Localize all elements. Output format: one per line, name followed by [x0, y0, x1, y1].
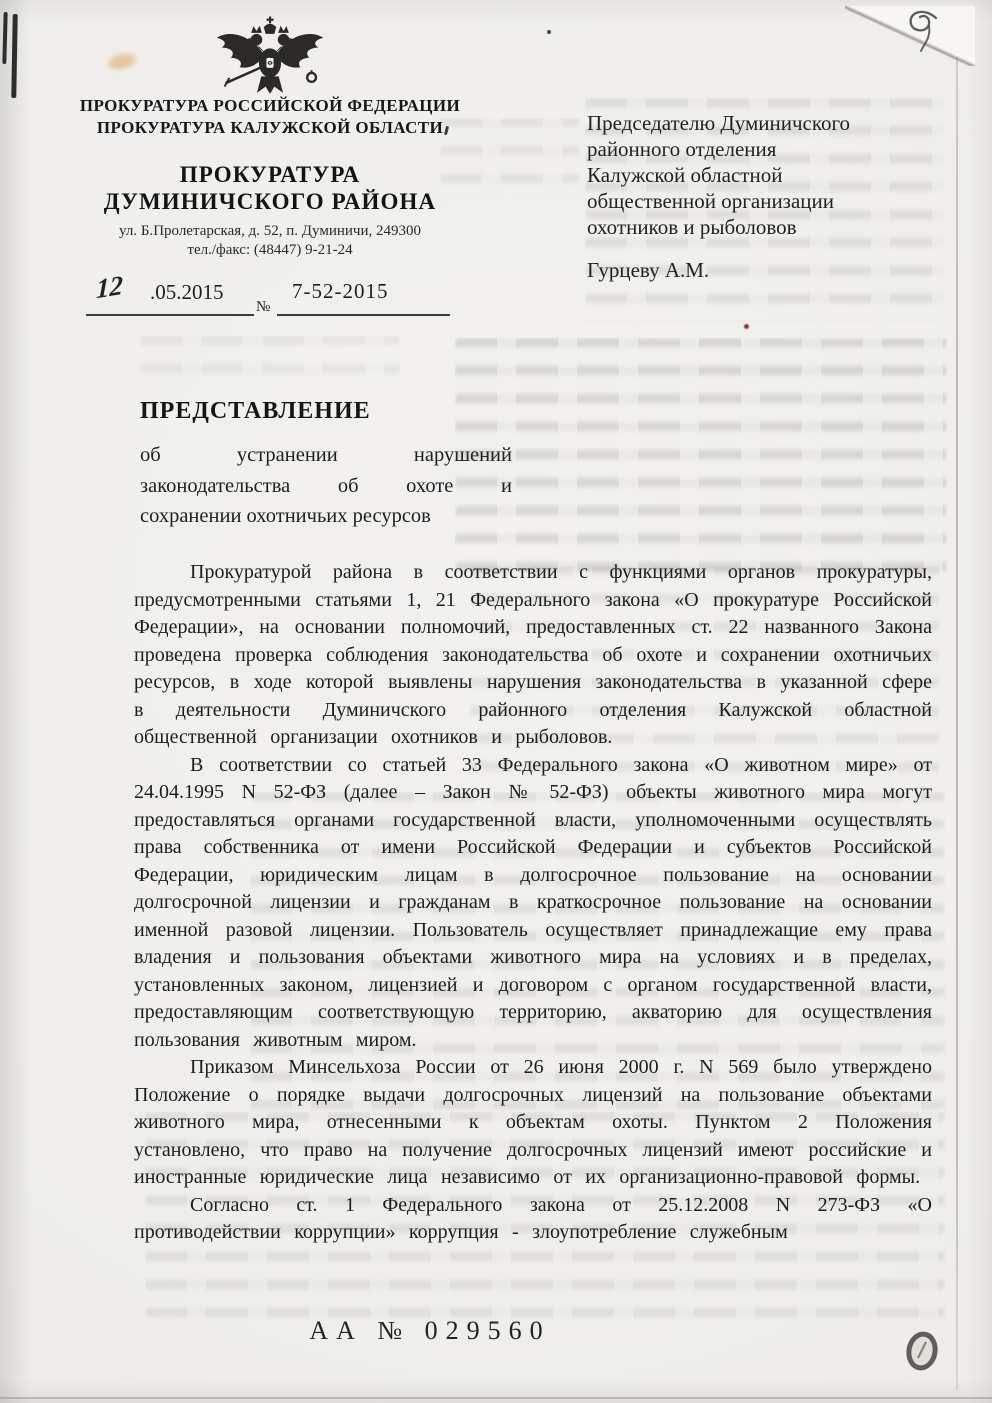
- number-sign: №: [256, 299, 270, 316]
- body-paragraph: Согласно ст. 1 Федерального закона от 25…: [134, 1192, 932, 1247]
- office-phone: тел./факс: (48447) 9-21-24: [58, 241, 482, 260]
- document-title: ПРЕДСТАВЛЕНИЕ: [140, 398, 371, 425]
- page-fold-line: [956, 28, 958, 1390]
- pen-squiggle-mark: [900, 6, 948, 65]
- bleedthrough-texture: [140, 336, 400, 388]
- letterhead: ПРОКУРАТУРА РОССИЙСКОЙ ФЕДЕРАЦИИ ПРОКУРА…: [58, 0, 482, 260]
- staple-mark: [11, 14, 17, 98]
- addressee-line: Калужской областной: [587, 162, 949, 188]
- addressee-line: общественной организации: [587, 188, 949, 214]
- body-paragraph: Приказом Минсельхоза России от 26 июня 2…: [134, 1054, 932, 1192]
- document-date: .05.2015: [150, 280, 224, 305]
- punch-hole-mark: [903, 1327, 941, 1380]
- scan-bottom-edge: [0, 1397, 992, 1399]
- subtitle-line: об устранении нарушений: [140, 440, 512, 471]
- addressee-line: Председателю Думиничского: [587, 110, 949, 136]
- org-name-line2: ПРОКУРАТУРА КАЛУЖСКОЙ ОБЛАСТИ: [58, 117, 482, 139]
- document-number: 7-52-2015: [292, 279, 389, 304]
- addressee-line: охотников и рыболовов: [587, 214, 949, 240]
- subtitle-line: законодательства об охоте и: [140, 471, 512, 502]
- red-ink-speck: [744, 324, 749, 329]
- handwritten-day: 12: [96, 270, 123, 306]
- number-underline: [277, 314, 450, 316]
- staple-mark: [2, 12, 7, 64]
- addressee-block: Председателю Думиничского районного отде…: [587, 110, 949, 283]
- office-address: ул. Б.Пролетарская, д. 52, п. Думиничи, …: [58, 222, 482, 241]
- office-name-line2: ДУМИНИЧСКОГО РАЙОНА: [58, 188, 482, 215]
- org-name-line1: ПРОКУРАТУРА РОССИЙСКОЙ ФЕДЕРАЦИИ: [58, 95, 482, 117]
- subtitle-line: сохранении охотничьих ресурсов: [140, 501, 512, 532]
- date-underline: [86, 314, 254, 316]
- body-paragraph: Прокуратурой района в соответствии с фун…: [134, 559, 932, 752]
- addressee-line: районного отделения: [587, 136, 949, 162]
- scanned-document-page: ПРОКУРАТУРА РОССИЙСКОЙ ФЕДЕРАЦИИ ПРОКУРА…: [0, 0, 992, 1403]
- body-paragraph: В соответствии со статьей 33 Федеральног…: [134, 752, 932, 1055]
- document-body: Прокуратурой района в соответствии с фун…: [134, 559, 932, 1334]
- ink-speck: [547, 30, 551, 34]
- document-subtitle: об устранении нарушений законодательства…: [140, 440, 512, 532]
- addressee-name: Гурцеву А.М.: [587, 257, 949, 283]
- bleedthrough-texture: [455, 338, 947, 573]
- form-series-number: АА № 029560: [250, 1316, 610, 1346]
- office-name-line1: ПРОКУРАТУРА: [58, 161, 482, 188]
